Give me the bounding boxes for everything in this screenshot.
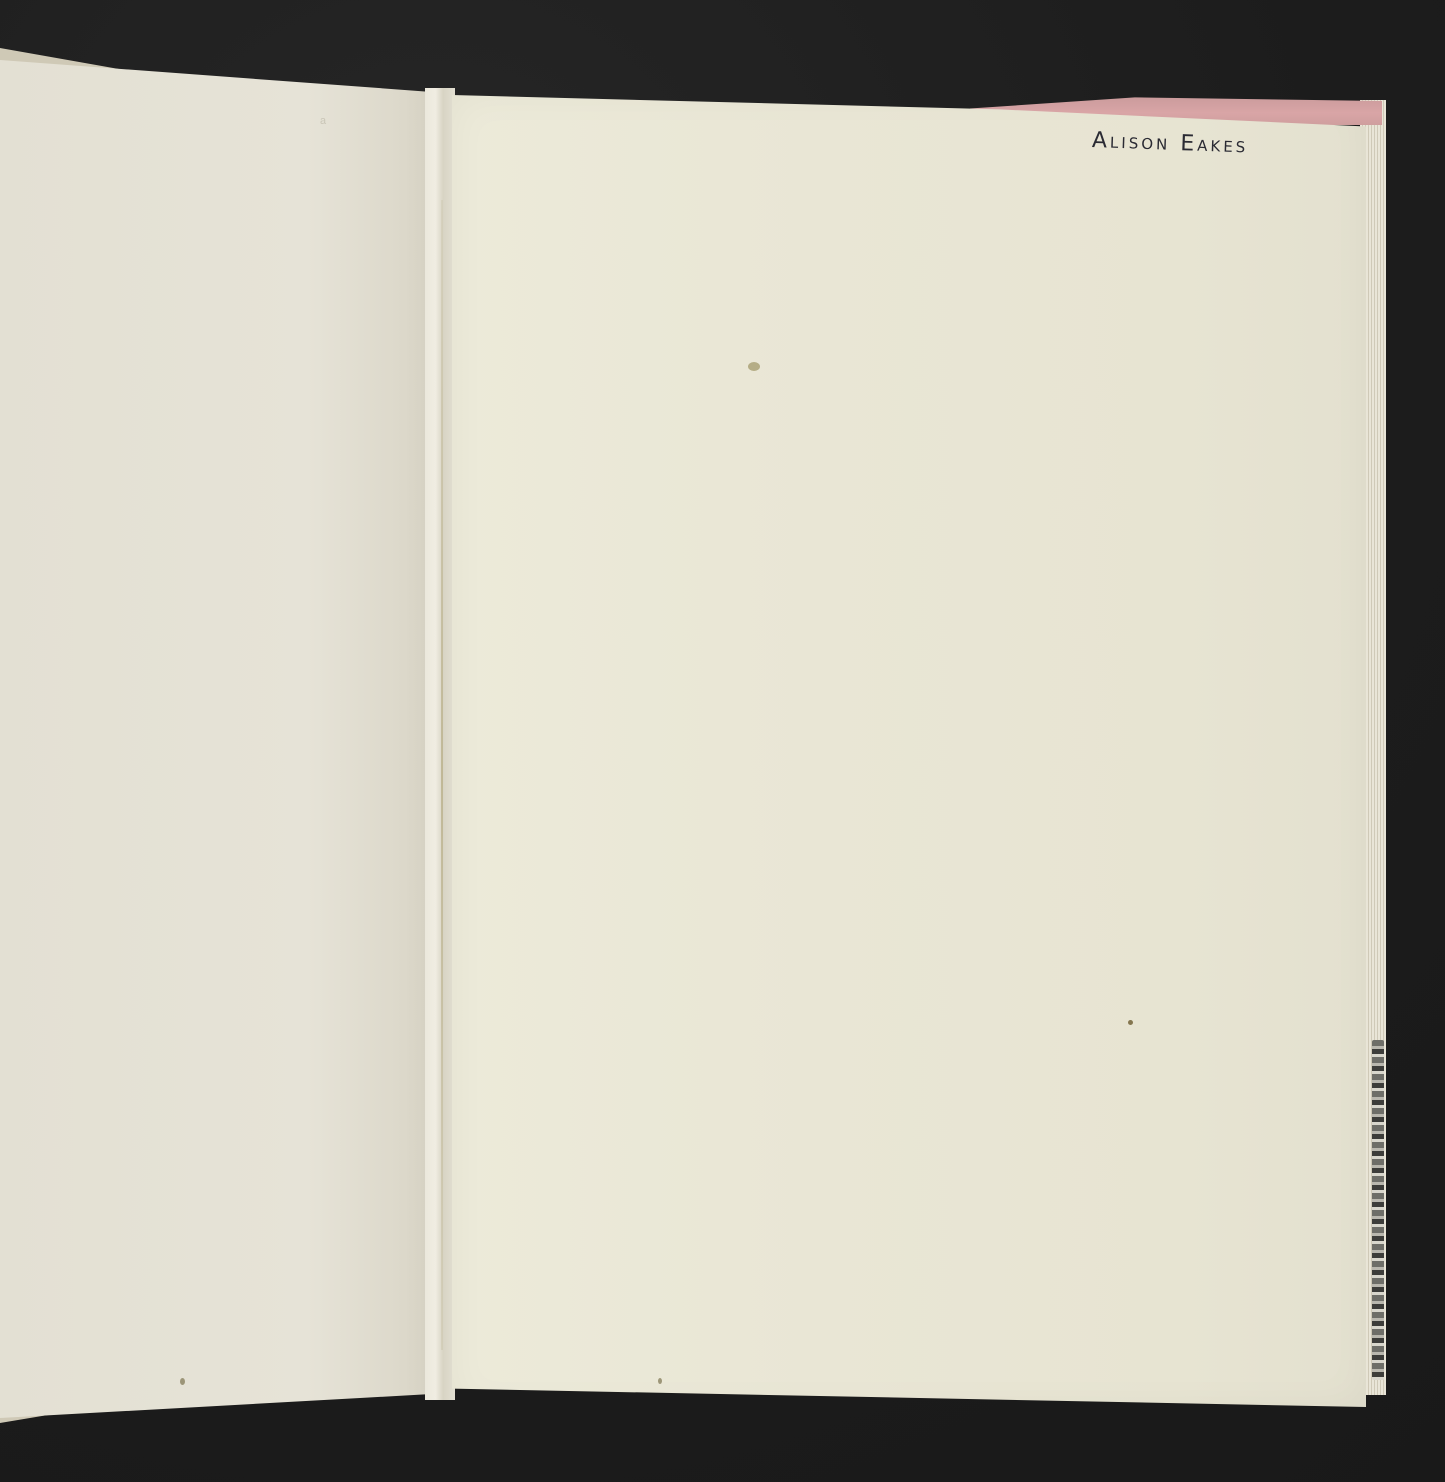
foxing-spot — [180, 1378, 185, 1385]
foxing-spot — [748, 362, 760, 371]
foxing-spot — [658, 1378, 662, 1384]
left-endpaper-page: ᵃ — [0, 60, 440, 1418]
marbled-cover-edge — [1372, 1040, 1384, 1380]
faint-mark: ᵃ — [320, 115, 326, 133]
photo-scene: ᵃ Alison Eakes — [0, 0, 1445, 1482]
foxing-spot — [1128, 1020, 1133, 1025]
right-flyleaf-page — [452, 95, 1366, 1407]
book-gutter — [425, 88, 455, 1400]
gutter-crease — [441, 200, 443, 1350]
